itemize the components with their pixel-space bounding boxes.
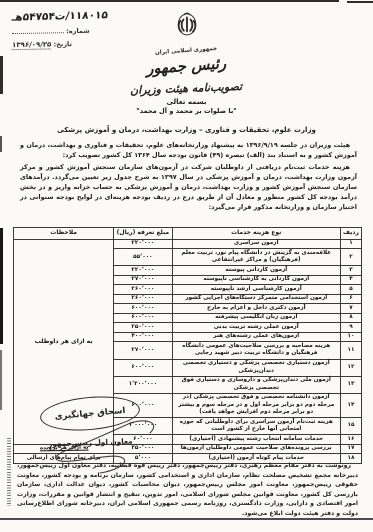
signatory-name: اسحاق جهانگیری xyxy=(54,405,125,421)
fee-value: ۶۰۰٬۰۰۰ xyxy=(114,304,172,314)
header-fee: مبلغ تعرفه (ریال) xyxy=(114,227,172,239)
service-name: آزمون زبان انگلیسی پیشرفته xyxy=(172,313,341,323)
scan-edge-mark-4 xyxy=(0,350,2,410)
service-name: آزمون کاردانی به کارشناسی ناپیوسته xyxy=(172,275,341,285)
row-number: ۶ xyxy=(341,294,362,304)
salawat-line: "با صلوات بر محمد و آل محمد" xyxy=(0,107,373,115)
title-block: تصویب‌نامه هیئت وزیران بسمه تعالی "با صل… xyxy=(0,77,373,115)
letterhead-number-block: ۱۱۸۰۱۵/ت۵۴۷۵۴هـ شماره: تاریخ: ۱۳۹۶/۰۹/۲۵ xyxy=(12,10,140,49)
service-name: آزمون عملی رشته تربیت بدنی xyxy=(172,323,341,333)
date-line: تاریخ: ۱۳۹۶/۰۹/۲۵ xyxy=(12,39,140,50)
service-name: آزمون سراسری xyxy=(172,239,341,249)
header-service: نوع هزینه خدمات xyxy=(172,227,341,239)
row-number: ۸ xyxy=(341,313,362,323)
row-number: ۱۵ xyxy=(341,418,362,435)
row-number: ۵ xyxy=(341,285,362,295)
service-name: هزینه مصاحبه و بررسی صلاحیت‌های عمومی دا… xyxy=(172,342,341,359)
signature-block: اسحاق جهانگیری معاون اول رییس‌جمهور xyxy=(20,397,160,449)
header-row-number: ردیف xyxy=(341,227,362,239)
scan-edge-mark-3 xyxy=(0,228,3,344)
date-label: تاریخ: xyxy=(53,40,71,48)
fee-value: ۶۰۰٬۰۰۰ xyxy=(114,313,172,323)
number-dotted-line xyxy=(12,28,64,34)
row-number: ۱۶ xyxy=(341,435,362,445)
scan-top-line-2 xyxy=(347,1,373,3)
signatory-title: معاون اول رییس‌جمهور xyxy=(48,437,133,449)
fee-value: ۲۲۰٬۰۰۰ xyxy=(114,239,172,249)
decree-title: تصویب‌نامه هیئت وزیران xyxy=(130,80,243,97)
service-name: آزمون کارشناسی ارشد ناپیوسته xyxy=(172,285,341,295)
edge-microtext-strip xyxy=(7,438,11,506)
row-number: ۱۷ xyxy=(341,444,362,454)
president-calligraphy: رئیس جمهور xyxy=(146,54,227,78)
service-name: بررسی پرونده‌های صلاحیت عمومی داوطلبان آ… xyxy=(172,444,341,454)
fee-value: ۲۵۰٬۰۰۰ xyxy=(114,323,172,333)
row-number: ۱۱ xyxy=(341,342,362,359)
fee-value: ۶۰۰٬۰۰۰ xyxy=(114,359,172,376)
fee-value: ۲۷۰٬۰۰۰ xyxy=(114,342,172,359)
row-number: ۱۴ xyxy=(341,393,362,418)
scanned-decree-page: ۱۱۸۰۱۵/ت۵۴۷۵۴هـ شماره: تاریخ: ۱۳۹۶/۰۹/۲۵… xyxy=(0,0,373,532)
distribution-note: رونوشت به دفتر مقام معظم رهبری، دفتر ریی… xyxy=(17,461,358,519)
basmala: بسمه تعالی xyxy=(0,98,373,106)
scan-edge-mark-2 xyxy=(0,136,2,152)
body-paragraph-1: هیئت وزیران در جلسه ۱۳۹۶/۹/۱۹ به پیشنهاد… xyxy=(20,141,357,161)
signature-stamp-oval: اسحاق جهانگیری xyxy=(39,393,141,435)
body-paragraph-2: هزینه خدمات ثبت‌نام دریافتی از داوطلبان … xyxy=(20,163,357,213)
service-name: خدمات سامانه انتخاب رشته پیشنهادی (اختیا… xyxy=(172,435,341,445)
date-value: ۱۳۹۶/۰۹/۲۵ xyxy=(12,40,52,50)
number-line: شماره: xyxy=(12,26,140,36)
number-label: شماره: xyxy=(66,27,90,35)
row-number: ۳ xyxy=(341,266,362,276)
fee-value: ۲۲۰٬۰۰۰ xyxy=(114,266,172,276)
table-header-row: ردیف نوع هزینه خدمات مبلغ تعرفه (ریال) م… xyxy=(14,227,362,239)
scan-top-line xyxy=(0,0,339,2)
service-name: آزمون ملی دندان‌پزشکی و داروسازی و دستیا… xyxy=(172,376,341,393)
row-number: ۱۲ xyxy=(341,359,362,376)
service-name: آزمون دستیاری تخصصی پزشکی و دستیاری تخصص… xyxy=(172,359,341,376)
service-name: علاقه‌مندی به گزینش در دانشگاه پیام نور،… xyxy=(172,249,341,266)
row-number: ۱ xyxy=(341,239,362,249)
fee-value: ۵۵٬۰۰۰ xyxy=(114,249,172,266)
service-name: آزمون‌های عملی رشته‌های هنر xyxy=(172,332,341,342)
row-number: ۹ xyxy=(341,323,362,333)
header-remarks: ملاحظات xyxy=(14,227,114,239)
row-number: ۱۳ xyxy=(341,376,362,393)
fee-value: ۲۶۰٬۰۰۰ xyxy=(114,294,172,304)
table-row: ۱ آزمون سراسری ۲۲۰٬۰۰۰ به ازای هر داوطلب xyxy=(14,239,362,249)
iran-national-emblem-icon xyxy=(172,9,202,37)
fee-value: ۲۷۰٬۰۰۰ xyxy=(114,275,172,285)
row-number: ۷ xyxy=(341,304,362,314)
service-name: هزینه ثبت‌نام آزمون سراسری برای داوطلبان… xyxy=(172,418,341,435)
fee-value: ۴۰۰٬۰۰۰ xyxy=(114,332,172,342)
row-number: ۲ xyxy=(341,249,362,266)
service-name: آزمون کاردانی پیوسته xyxy=(172,266,341,276)
service-name: آزمون دانشنامه تخصصی و فوق تخصصی پزشکی (… xyxy=(172,393,341,418)
service-name: آزمون دکتری داخل و اعزام به خارج xyxy=(172,304,341,314)
row-number: ۱۰ xyxy=(341,332,362,342)
doc-number: ۱۱۸۰۱۵/ت۵۴۷۵۴هـ xyxy=(11,8,141,23)
fee-value: ۲۶۰٬۰۰۰ xyxy=(114,285,172,295)
service-name: آزمون استخدامی متمرکز دستگاه‌های اجرایی … xyxy=(172,294,341,304)
scan-edge-mark-1 xyxy=(0,56,3,94)
addressee-line: وزارت علوم، تحقیقات و فناوری – وزارت بهد… xyxy=(0,126,373,134)
row-number: ۴ xyxy=(341,275,362,285)
fee-value: ۱٬۲۰۰٬۰۰۰ xyxy=(114,376,172,393)
